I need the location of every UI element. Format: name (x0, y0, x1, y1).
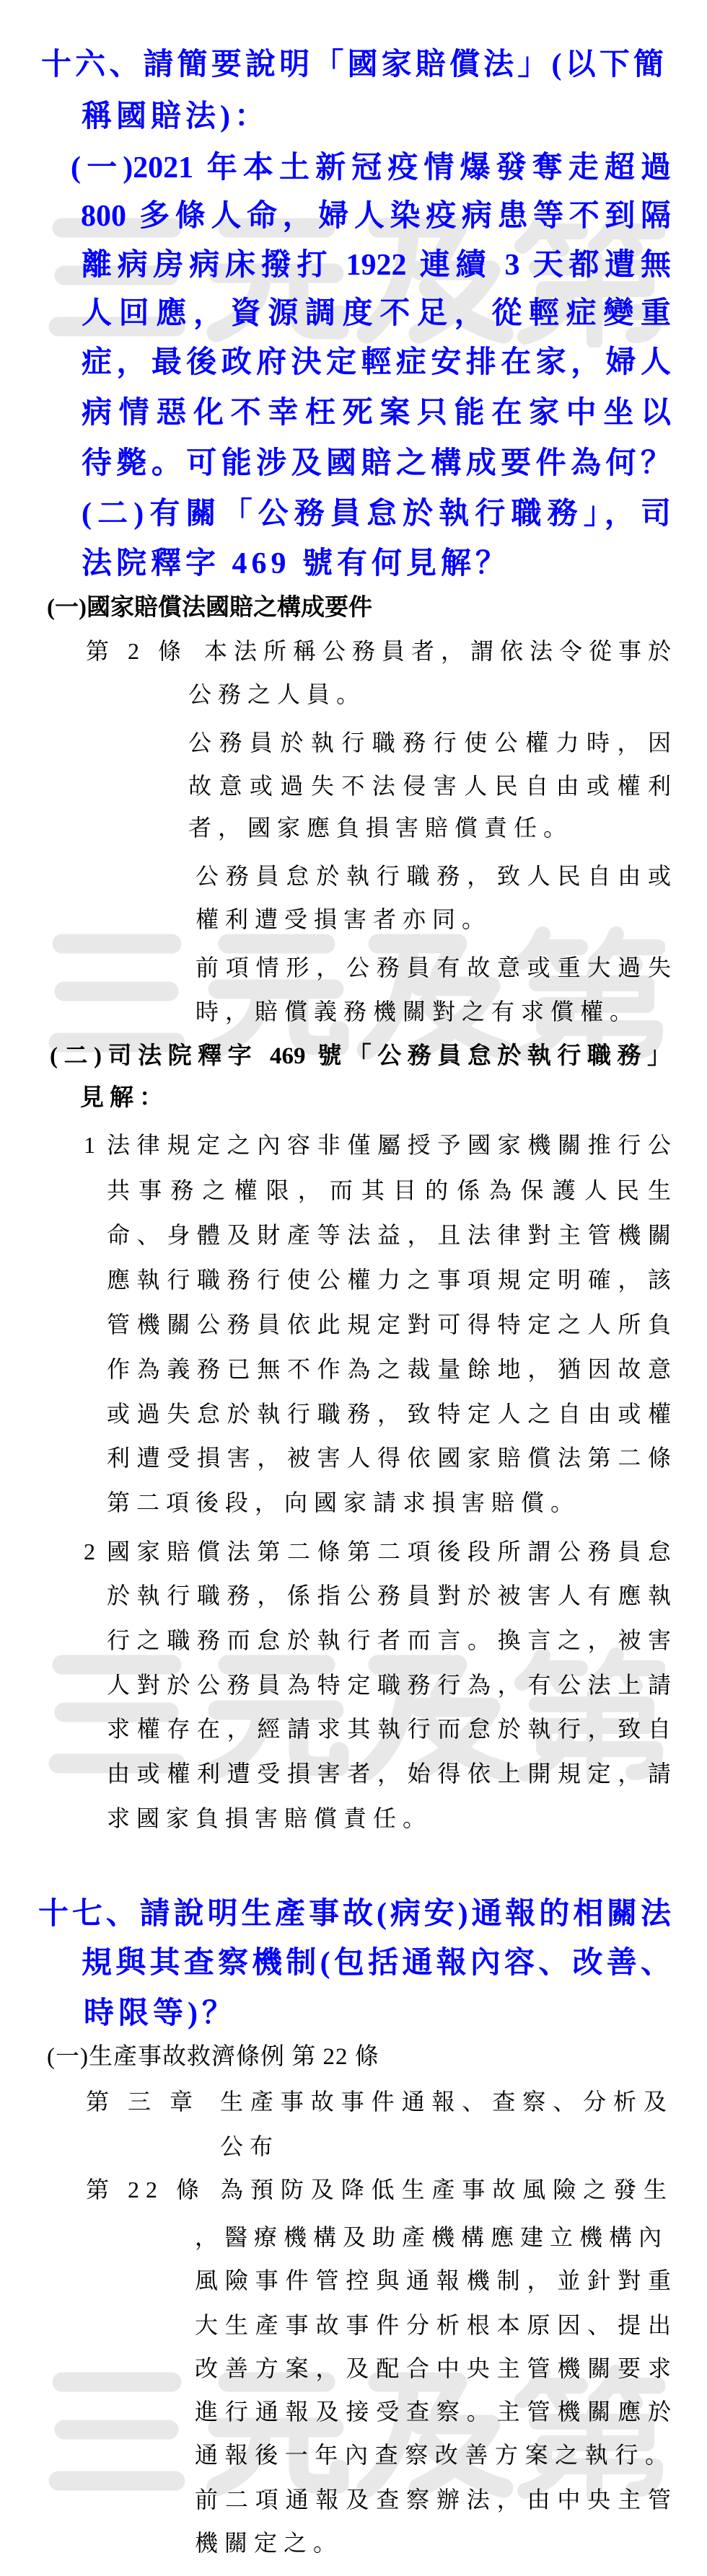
point-line: 國家賠償法第二條第二項後段所謂公務員怠 (107, 1536, 671, 1567)
point-line: 人對於公務員為特定職務行為，有公法上請 (107, 1669, 671, 1701)
question-prompt-line: (二)有關「公務員怠於執行職務」，司 (82, 494, 671, 534)
article-line: 者，國家應負損害賠償責任。 (188, 812, 573, 844)
article-line: 大生產事故事件分析根本原因、提出 (195, 2309, 671, 2341)
article-line: 進行通報及接受查察。主管機關應於 (195, 2396, 671, 2427)
article-label: 第 2 條 (86, 635, 188, 667)
question-prompt-line: 症，最後政府決定輕症安排在家，婦人 (82, 342, 671, 383)
article-line: 為預防及降低生產事故風險之發生 (220, 2174, 667, 2205)
point-line: 或過失怠於執行職務，致特定人之自由或權 (107, 1398, 671, 1430)
answer-heading: 見解： (80, 1082, 169, 1114)
question-prompt-line: 人回應，資源調度不足，從輕症變重 (82, 293, 671, 334)
document-page: 十六、請簡要說明「國家賠償法」(以下簡 稱國賠法)： (一)2021 年本土新冠… (0, 0, 707, 2576)
article-line: 前項情形，公務員有故意或重大過失 (196, 952, 671, 983)
question-prompt-line: 規與其查察機制(包括通報內容、改善、 (82, 1943, 671, 1983)
article-line: 本法所稱公務員者，謂依法令從事於 (204, 635, 671, 667)
question-prompt-line: 法院釋字 469 號有何見解？ (82, 544, 510, 584)
chapter-label: 第 三 章 (86, 2086, 199, 2117)
question-prompt-line: 十七、請說明生產事故(病安)通報的相關法 (38, 1894, 671, 1934)
point-line: 由或權利遭受損害者，始得依上開規定，請 (107, 1758, 671, 1789)
question-prompt-line: 時限等)？ (84, 1993, 237, 2034)
point-line: 求國家負損害賠償責任。 (107, 1802, 432, 1834)
question-prompt-line: 離病房病床撥打 1922 連續 3 天都遭無 (82, 245, 671, 286)
article-line: 公務員怠於執行職務，致人民自由或 (196, 860, 671, 892)
question-prompt-line: 800 多條人命，婦人染疫病患等不到隔 (81, 196, 671, 236)
chapter-line: 公布 (220, 2130, 279, 2162)
point-line: 命、身體及財產等法益，且法律對主管機關 (107, 1219, 671, 1251)
point-line: 行之職務而怠於執行者而言。換言之，被害 (107, 1624, 671, 1656)
article-label: 第 22 條 (86, 2174, 206, 2205)
article-line: 機關定之。 (195, 2527, 343, 2559)
article-line: 時，賠償義務機關對之有求償權。 (196, 996, 639, 1027)
article-line: 權利遭受損害者亦同。 (196, 903, 491, 935)
point-line: 共事務之權限，而其目的係為保護人民生 (107, 1174, 671, 1206)
chapter-line: 生產事故事件通報、查察、分析及 (220, 2086, 667, 2117)
point-line: 求權存在，經請求其執行而怠於執行，致自 (107, 1713, 671, 1745)
answer-heading: (一)國家賠償法國賠之構成要件 (47, 592, 372, 624)
point-line: 利遭受損害，被害人得依國家賠償法第二條 (107, 1442, 671, 1474)
article-line: 故意或過失不法侵害人民自由或權利 (188, 770, 671, 802)
article-line: 改善方案，及配合中央主管機關要求 (195, 2353, 671, 2384)
answer-heading: (二)司法院釋字 469 號「公務員怠於執行職務」 (50, 1040, 671, 1072)
point-line: 作為義務已無不作為之裁量餘地，猶因故意 (107, 1353, 671, 1385)
answer-heading: (一)生產事故救濟條例 第 22 條 (47, 2041, 379, 2073)
point-line: 應執行職務行使公權力之事項規定明確，該 (107, 1264, 671, 1296)
point-number: 1 (84, 1129, 102, 1161)
article-line: ，醫療機構及助產機構應建立機構內 (195, 2221, 662, 2253)
point-line: 管機關公務員依此規定對可得特定之人所負 (107, 1309, 671, 1340)
article-line: 公務之人員。 (188, 678, 366, 710)
question-prompt-line: 十六、請簡要說明「國家賠償法」(以下簡 (41, 45, 664, 85)
article-line: 風險事件管控與通報機制，並針對重 (195, 2265, 671, 2296)
article-line: 公務員於執行職務行使公權力時，因 (188, 727, 671, 758)
point-number: 2 (84, 1536, 102, 1567)
point-line: 法律規定之內容非僅屬授予國家機關推行公 (107, 1129, 671, 1161)
question-prompt-line: (一)2021 年本土新冠疫情爆發奪走超過 (71, 148, 671, 188)
question-prompt-line: 稱國賠法)： (82, 97, 269, 137)
point-line: 於執行職務，係指公務員對於被害人有應執 (107, 1580, 671, 1611)
article-line: 前二項通報及查察辦法，由中央主管 (195, 2484, 671, 2515)
question-prompt-line: 病情惡化不幸枉死案只能在家中坐以 (82, 393, 671, 433)
article-line: 通報後一年內查察改善方案之執行。 (195, 2439, 668, 2471)
point-line: 第二項後段，向國家請求損害賠償。 (107, 1487, 580, 1518)
question-prompt-line: 待斃。可能涉及國賠之構成要件為何？ (82, 443, 671, 484)
